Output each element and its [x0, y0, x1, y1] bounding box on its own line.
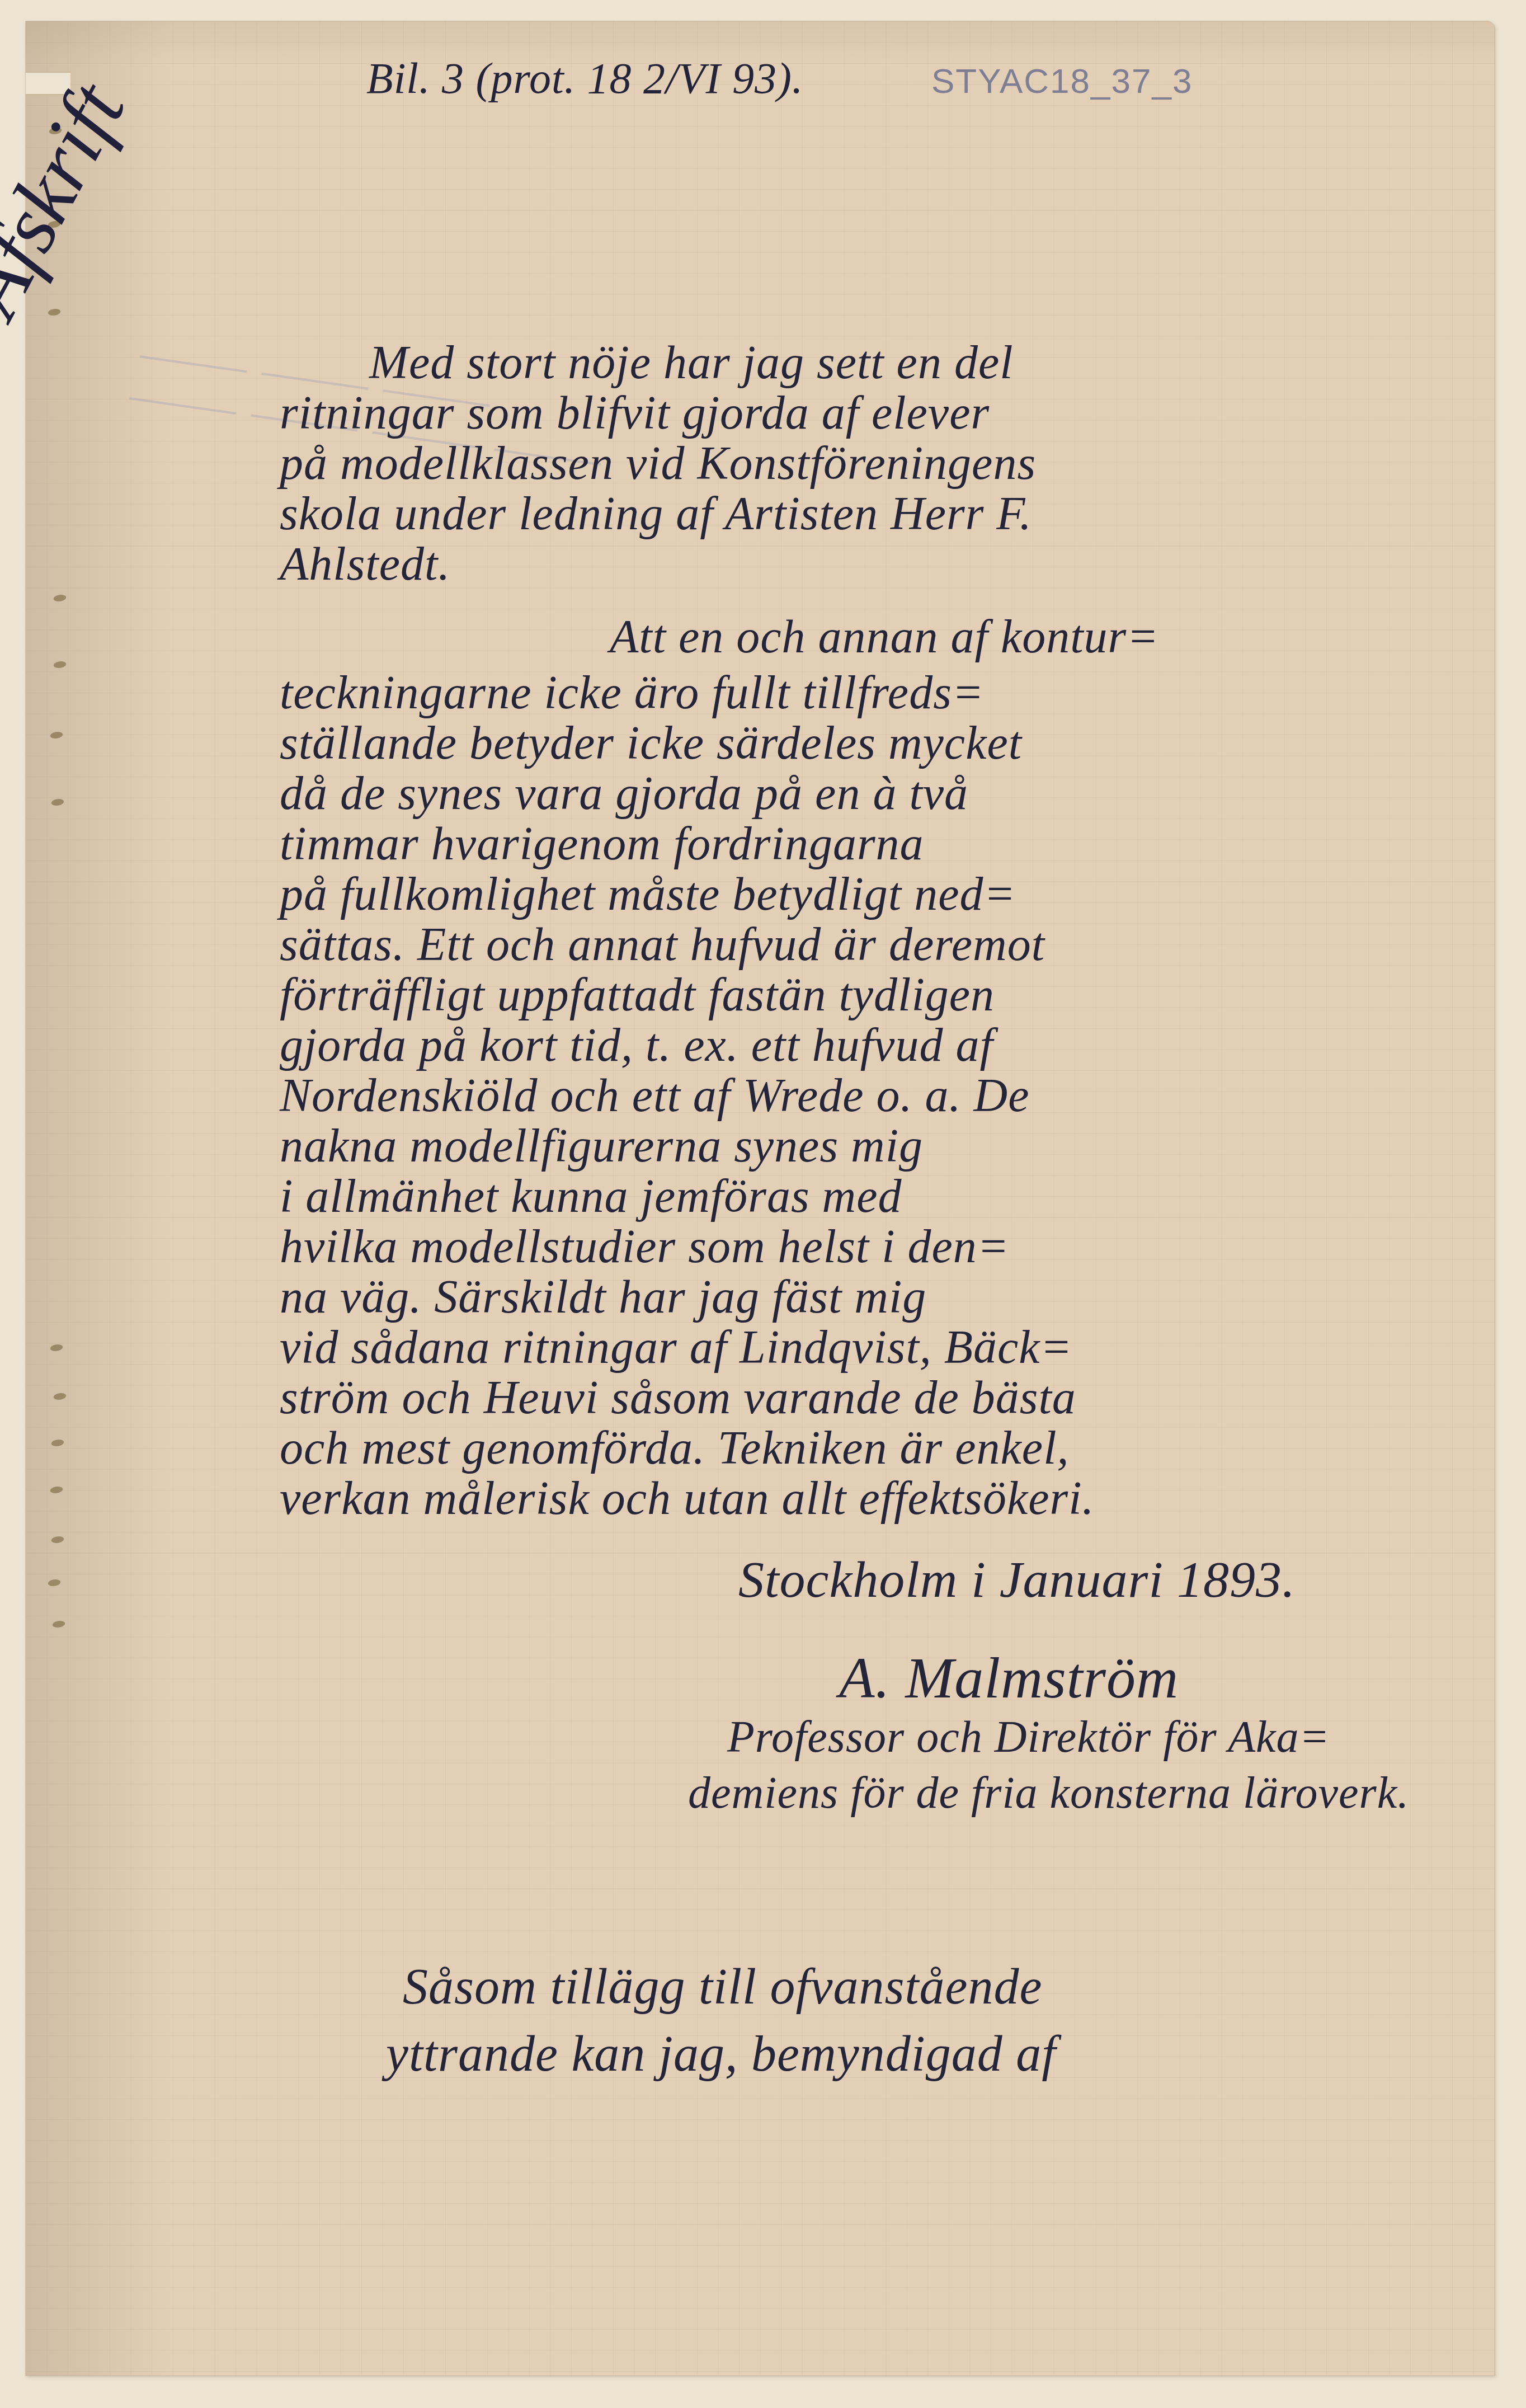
- body-line: på fullkomlighet måste betydligt ned=: [280, 867, 1016, 921]
- body-line: Att en och annan af kontur=: [610, 610, 1159, 664]
- body-line: vid sådana ritningar af Lindqvist, Bäck=: [280, 1320, 1072, 1375]
- body-line: ritningar som blifvit gjorda af elever: [280, 386, 990, 440]
- place-date: Stockholm i Januari 1893.: [738, 1550, 1296, 1609]
- body-line: na väg. Särskildt har jag fäst mig: [280, 1270, 926, 1324]
- signer-title-line: Professor och Direktör för Aka=: [727, 1712, 1330, 1763]
- body-line: Med stort nöje har jag sett en del: [369, 336, 1014, 390]
- reference-note: Bil. 3 (prot. 18 2/VI 93).: [366, 53, 803, 104]
- body-line: hvilka modellstudier som helst i den=: [280, 1220, 1010, 1274]
- signer-title-line: demiens för de fria konsterna läroverk.: [688, 1768, 1409, 1819]
- body-line: ställande betyder icke särdeles mycket: [280, 716, 1022, 770]
- body-line: sättas. Ett och annat hufvud är deremot: [280, 918, 1045, 972]
- body-line: ström och Heuvi såsom varande de bästa: [280, 1371, 1076, 1425]
- archive-id-label: STYAC18_37_3: [931, 62, 1193, 101]
- body-line: gjorda på kort tid, t. ex. ett hufvud af: [280, 1018, 993, 1073]
- body-line: då de synes vara gjorda på en à två: [280, 766, 968, 821]
- body-line: i allmänhet kunna jemföras med: [280, 1169, 902, 1224]
- body-line: Ahlstedt.: [280, 537, 450, 591]
- addendum-line: Såsom tillägg till ofvanstående: [403, 1958, 1042, 2016]
- body-line: Nordenskiöld och ett af Wrede o. a. De: [280, 1069, 1030, 1123]
- body-line: teckningarne icke äro fullt tillfreds=: [280, 666, 985, 720]
- body-line: förträffligt uppfattadt fastän tydligen: [280, 968, 995, 1022]
- body-line: timmar hvarigenom fordringarna: [280, 817, 924, 871]
- body-line: nakna modellfigurerna synes mig: [280, 1119, 923, 1173]
- addendum-line: yttrande kan jag, bemyndigad af: [386, 2025, 1056, 2083]
- body-line: skola under ledning af Artisten Herr F.: [280, 487, 1032, 541]
- body-line: verkan målerisk och utan allt effektsöke…: [280, 1471, 1095, 1526]
- body-line: och mest genomförda. Tekniken är enkel,: [280, 1421, 1069, 1475]
- signature: A. Malmström: [839, 1645, 1179, 1711]
- body-line: på modellklassen vid Konstföreningens: [280, 436, 1036, 491]
